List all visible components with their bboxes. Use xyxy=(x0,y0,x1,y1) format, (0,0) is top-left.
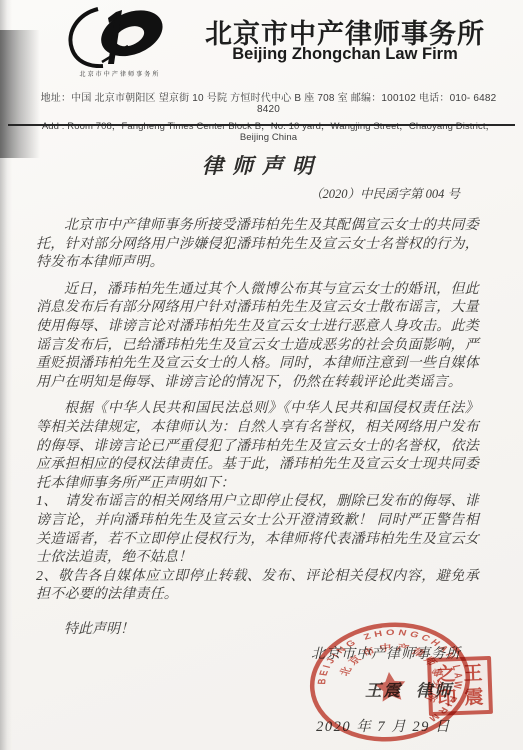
lawyer-square-seal: 之 王 印 震 xyxy=(427,656,493,716)
header-divider xyxy=(8,124,515,126)
paragraph-background: 近日，潘玮柏先生通过其个人微博公布其与宣云女士的婚讯，但此消息发布后有部分网络用… xyxy=(36,281,479,393)
law-firm-logo: 北京市中产律师事务所 xyxy=(58,6,186,86)
document-title: 律师声明 xyxy=(36,150,479,180)
paragraph-intro: 北京市中产律师事务所接受潘玮柏先生及其配偶宣云女士的共同委托，针对部分网络用户涉… xyxy=(36,217,479,273)
paragraph-legal-basis: 根据《中华人民共和国民法总则》《中华人民共和国侵权责任法》等相关法律规定，本律师… xyxy=(36,400,479,493)
square-seal-char: 印 xyxy=(433,686,461,711)
seal-star-icon xyxy=(374,670,407,702)
law-firm-logo-icon xyxy=(58,6,182,68)
letterhead-page: 北京市中产律师事务所 北京市中产律师事务所 Beijing Zhongchan … xyxy=(0,0,523,750)
document-body: 律师声明 （2020）中民函字第 004 号 北京市中产律师事务所接受潘玮柏先生… xyxy=(36,138,479,639)
reference-number: （2020）中民函字第 004 号 xyxy=(36,184,479,202)
square-seal-char: 震 xyxy=(460,685,488,710)
logo-caption: 北京市中产律师事务所 xyxy=(58,69,182,78)
square-seal-char: 王 xyxy=(459,661,487,686)
square-seal-char: 之 xyxy=(432,662,460,687)
statement-item-2: 2、敬告各自媒体应立即停止转载、发布、评论相关侵权内容，避免承担不必要的法律责任… xyxy=(36,568,479,605)
statement-item-1: 1、 请发布谣言的相关网络用户立即停止侵权，删除已发布的侮辱、诽谤言论，并向潘玮… xyxy=(36,493,479,567)
address-line-chinese: 地址：中国 北京市朝阳区 望京街 10 号院 方恒时代中心 B 座 708 室 … xyxy=(28,89,509,115)
firm-name-english: Beijing Zhongchan Law Firm xyxy=(180,45,510,64)
address-block: 地址：中国 北京市朝阳区 望京街 10 号院 方恒时代中心 B 座 708 室 … xyxy=(28,89,509,143)
